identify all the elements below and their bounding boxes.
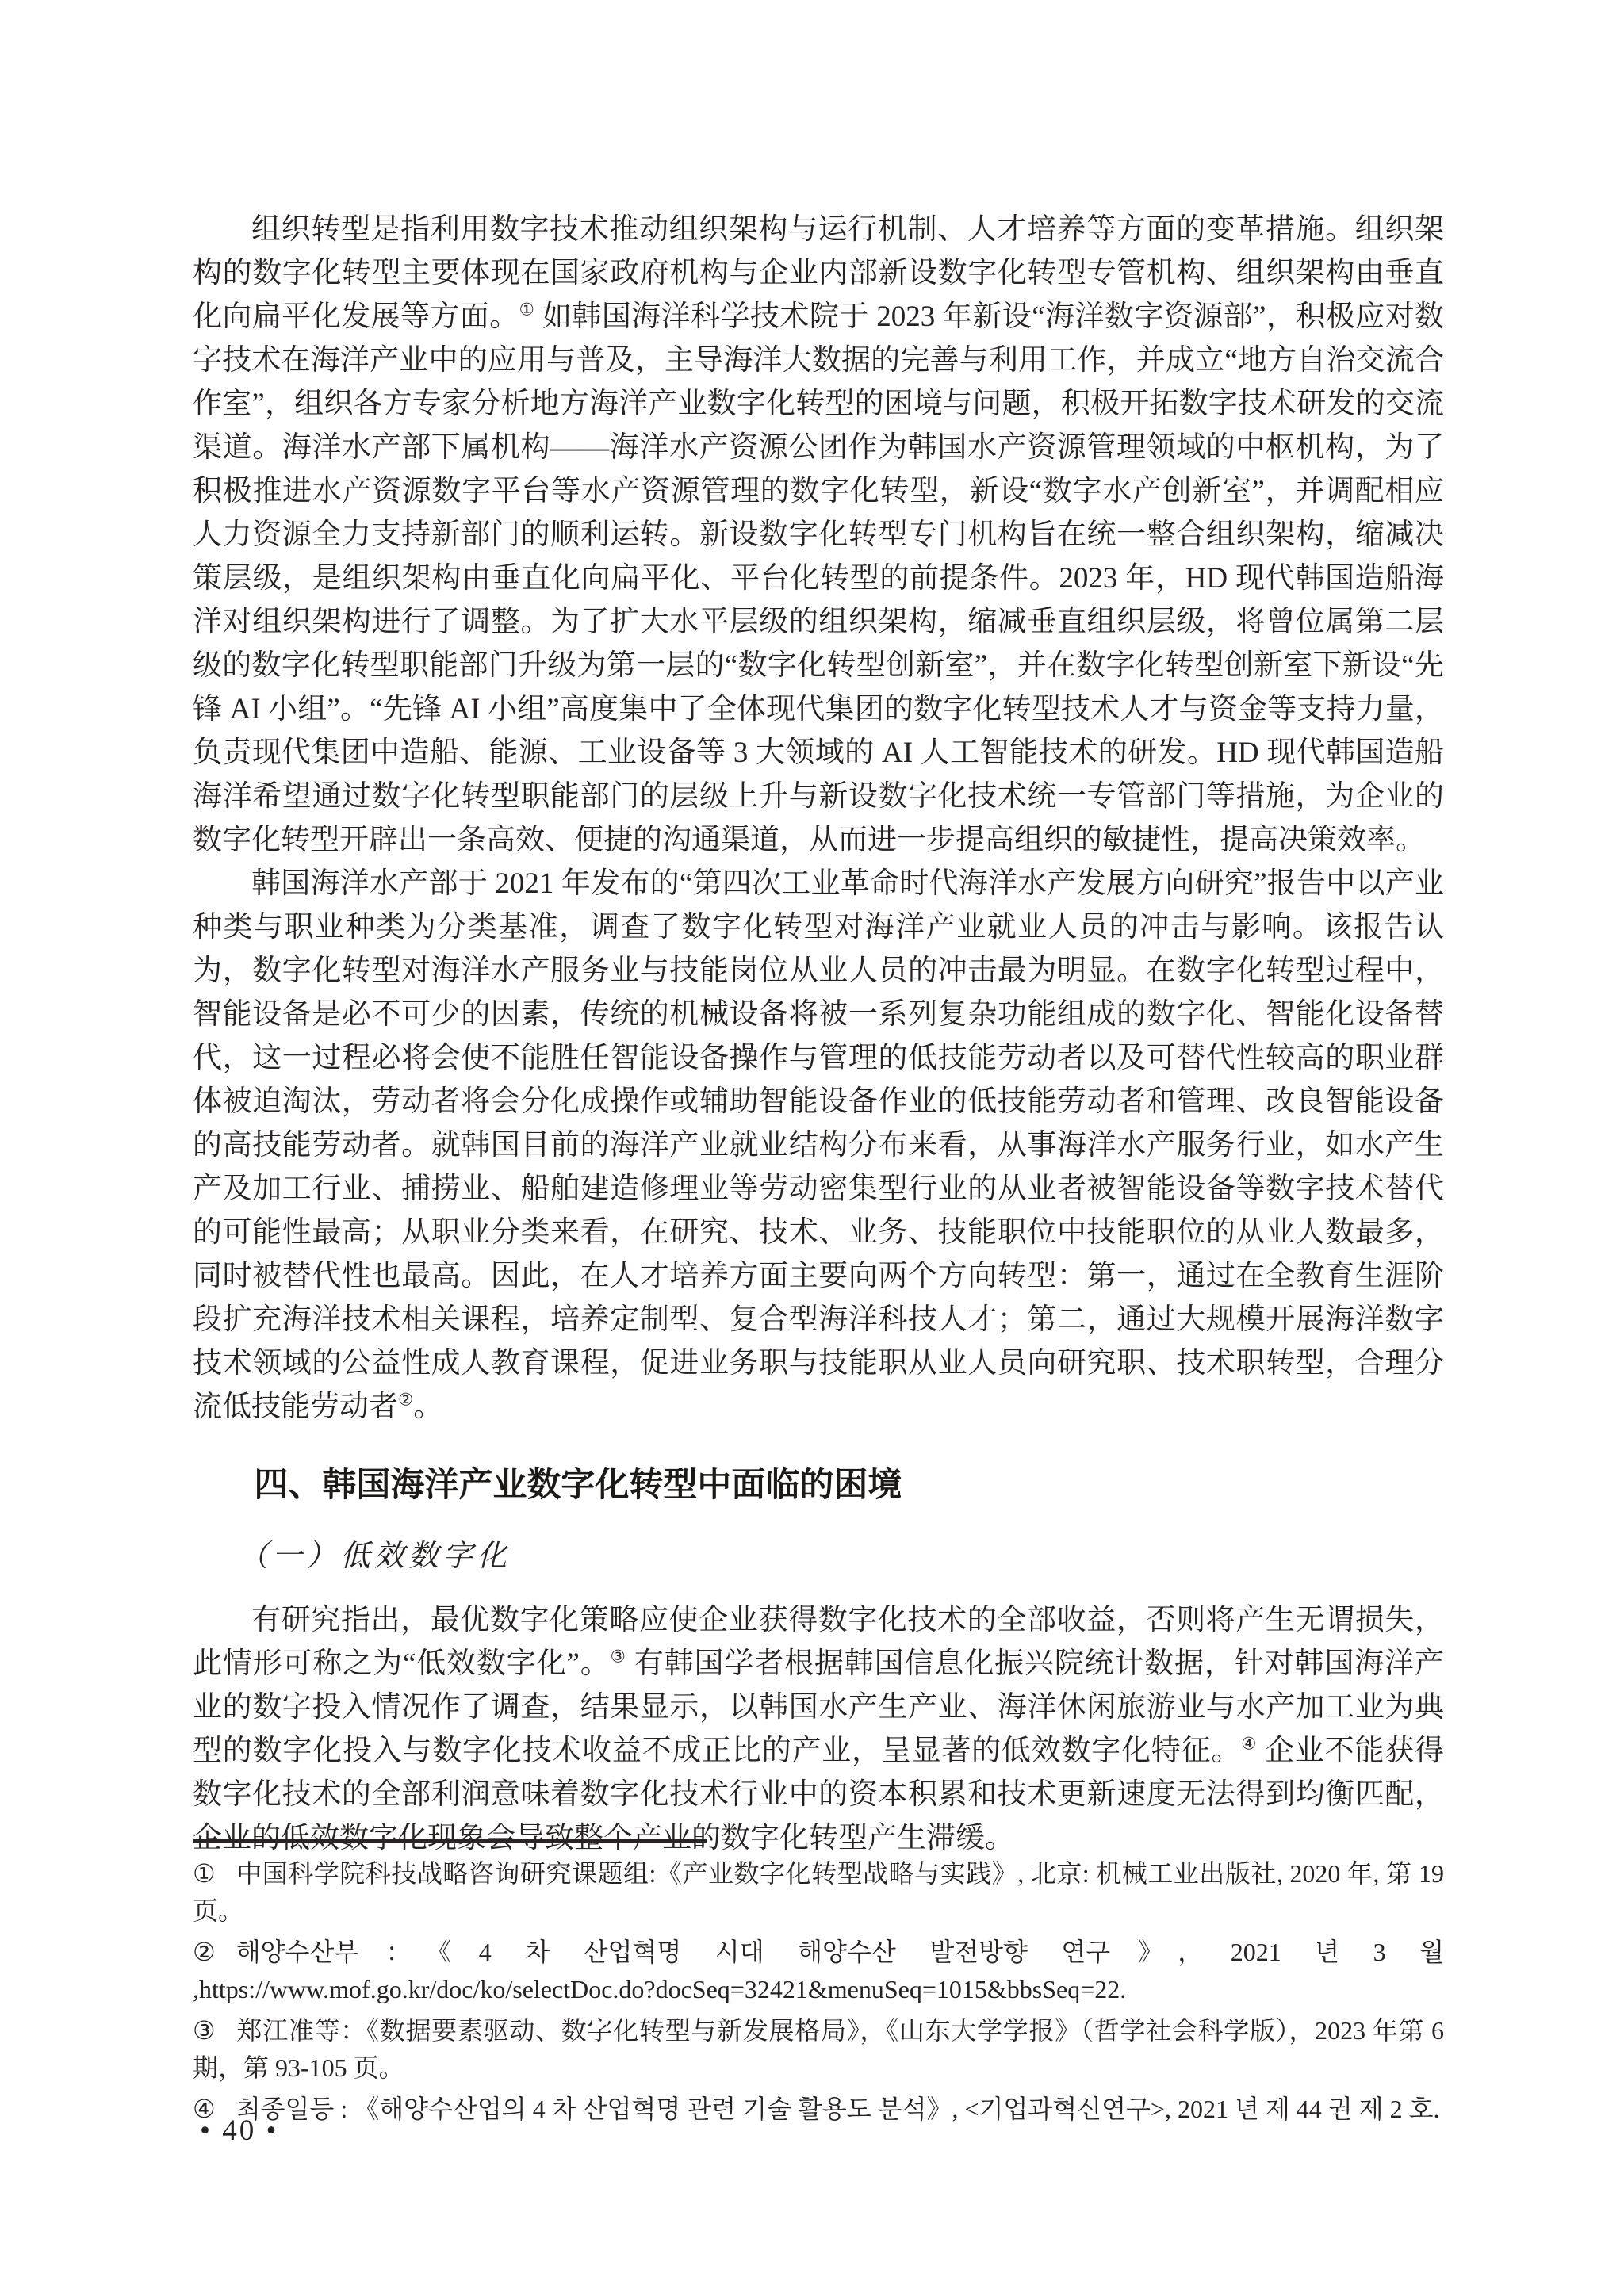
paragraph-inefficient-digitalization: 有研究指出，最优数字化策略应使企业获得数字化技术的全部收益，否则将产生无谓损失，… [193, 1598, 1444, 1860]
paragraph-text: 韩国海洋水产部于 2021 年发布的“第四次工业革命时代海洋水产发展方向研究”报… [193, 867, 1444, 1423]
section-heading: 四、韩国海洋产业数字化转型中面临的困境 [193, 1462, 1444, 1508]
footnote-text: 郑江准等：《数据要素驱动、数字化转型与新发展格局》，《山东大学学报》（哲学社会科… [193, 2016, 1444, 2082]
article-body: 组织转型是指利用数字技术推动组织架构与运行机制、人才培养等方面的变革措施。组织架… [193, 208, 1444, 1860]
footnote-text: 해양수산부：《4 차 산업혁명 시대 해양수산 발전방향 연구》，2021 년 … [193, 1938, 1444, 2003]
paragraph-text: 。 [413, 1391, 442, 1423]
footnote-separator [193, 1839, 707, 1843]
footnote-text: 中国科学院科技战略咨询研究课题组:《产业数字化转型战略与实践》, 北京: 机械工… [193, 1859, 1444, 1925]
footnote-ref-4: ④ [1241, 1735, 1257, 1754]
document-page: 组织转型是指利用数字技术推动组织架构与运行机制、人才培养等方面的变革措施。组织架… [0, 0, 1624, 2296]
footnote-ref-3: ③ [611, 1647, 626, 1667]
paragraph-text: 如韩国海洋科学技术院于 2023 年新设“海洋数字资源部”，积极应对数字技术在海… [193, 300, 1444, 856]
footnote-4: ④최종일등 : 《해양수산업의 4 차 산업혁명 관련 기술 활용도 분석》, … [193, 2091, 1444, 2128]
footnote-2: ②해양수산부：《4 차 산업혁명 시대 해양수산 발전방향 연구》，2021 년… [193, 1934, 1444, 2008]
paragraph-organizational-transformation: 组织转型是指利用数字技术推动组织架构与运行机制、人才培养等方面的变革措施。组织架… [193, 208, 1444, 862]
footnote-marker: ② [193, 1934, 216, 1971]
footnote-marker: ① [193, 1855, 216, 1892]
footnote-1: ①中国科学院科技战略咨询研究课题组:《产业数字化转型战略与实践》, 北京: 机械… [193, 1855, 1444, 1930]
subsection-heading: （一）低效数字化 [193, 1536, 1444, 1576]
paragraph-employment-impact: 韩国海洋水产部于 2021 年发布的“第四次工业革命时代海洋水产发展方向研究”报… [193, 862, 1444, 1429]
footnote-text: 최종일등 : 《해양수산업의 4 차 산업혁명 관련 기술 활용도 분석》, <… [236, 2095, 1440, 2123]
footnote-marker: ③ [193, 2012, 216, 2049]
footnote-ref-2: ② [398, 1391, 413, 1410]
footnote-ref-1: ① [519, 300, 535, 320]
footnote-3: ③郑江准等：《数据要素驱动、数字化转型与新发展格局》，《山东大学学报》（哲学社会… [193, 2012, 1444, 2087]
footnotes-section: ①中国科学院科技战略咨询研究课题组:《产业数字化转型战略与实践》, 北京: 机械… [193, 1839, 1444, 2128]
page-number: • 40 • [200, 2114, 278, 2148]
